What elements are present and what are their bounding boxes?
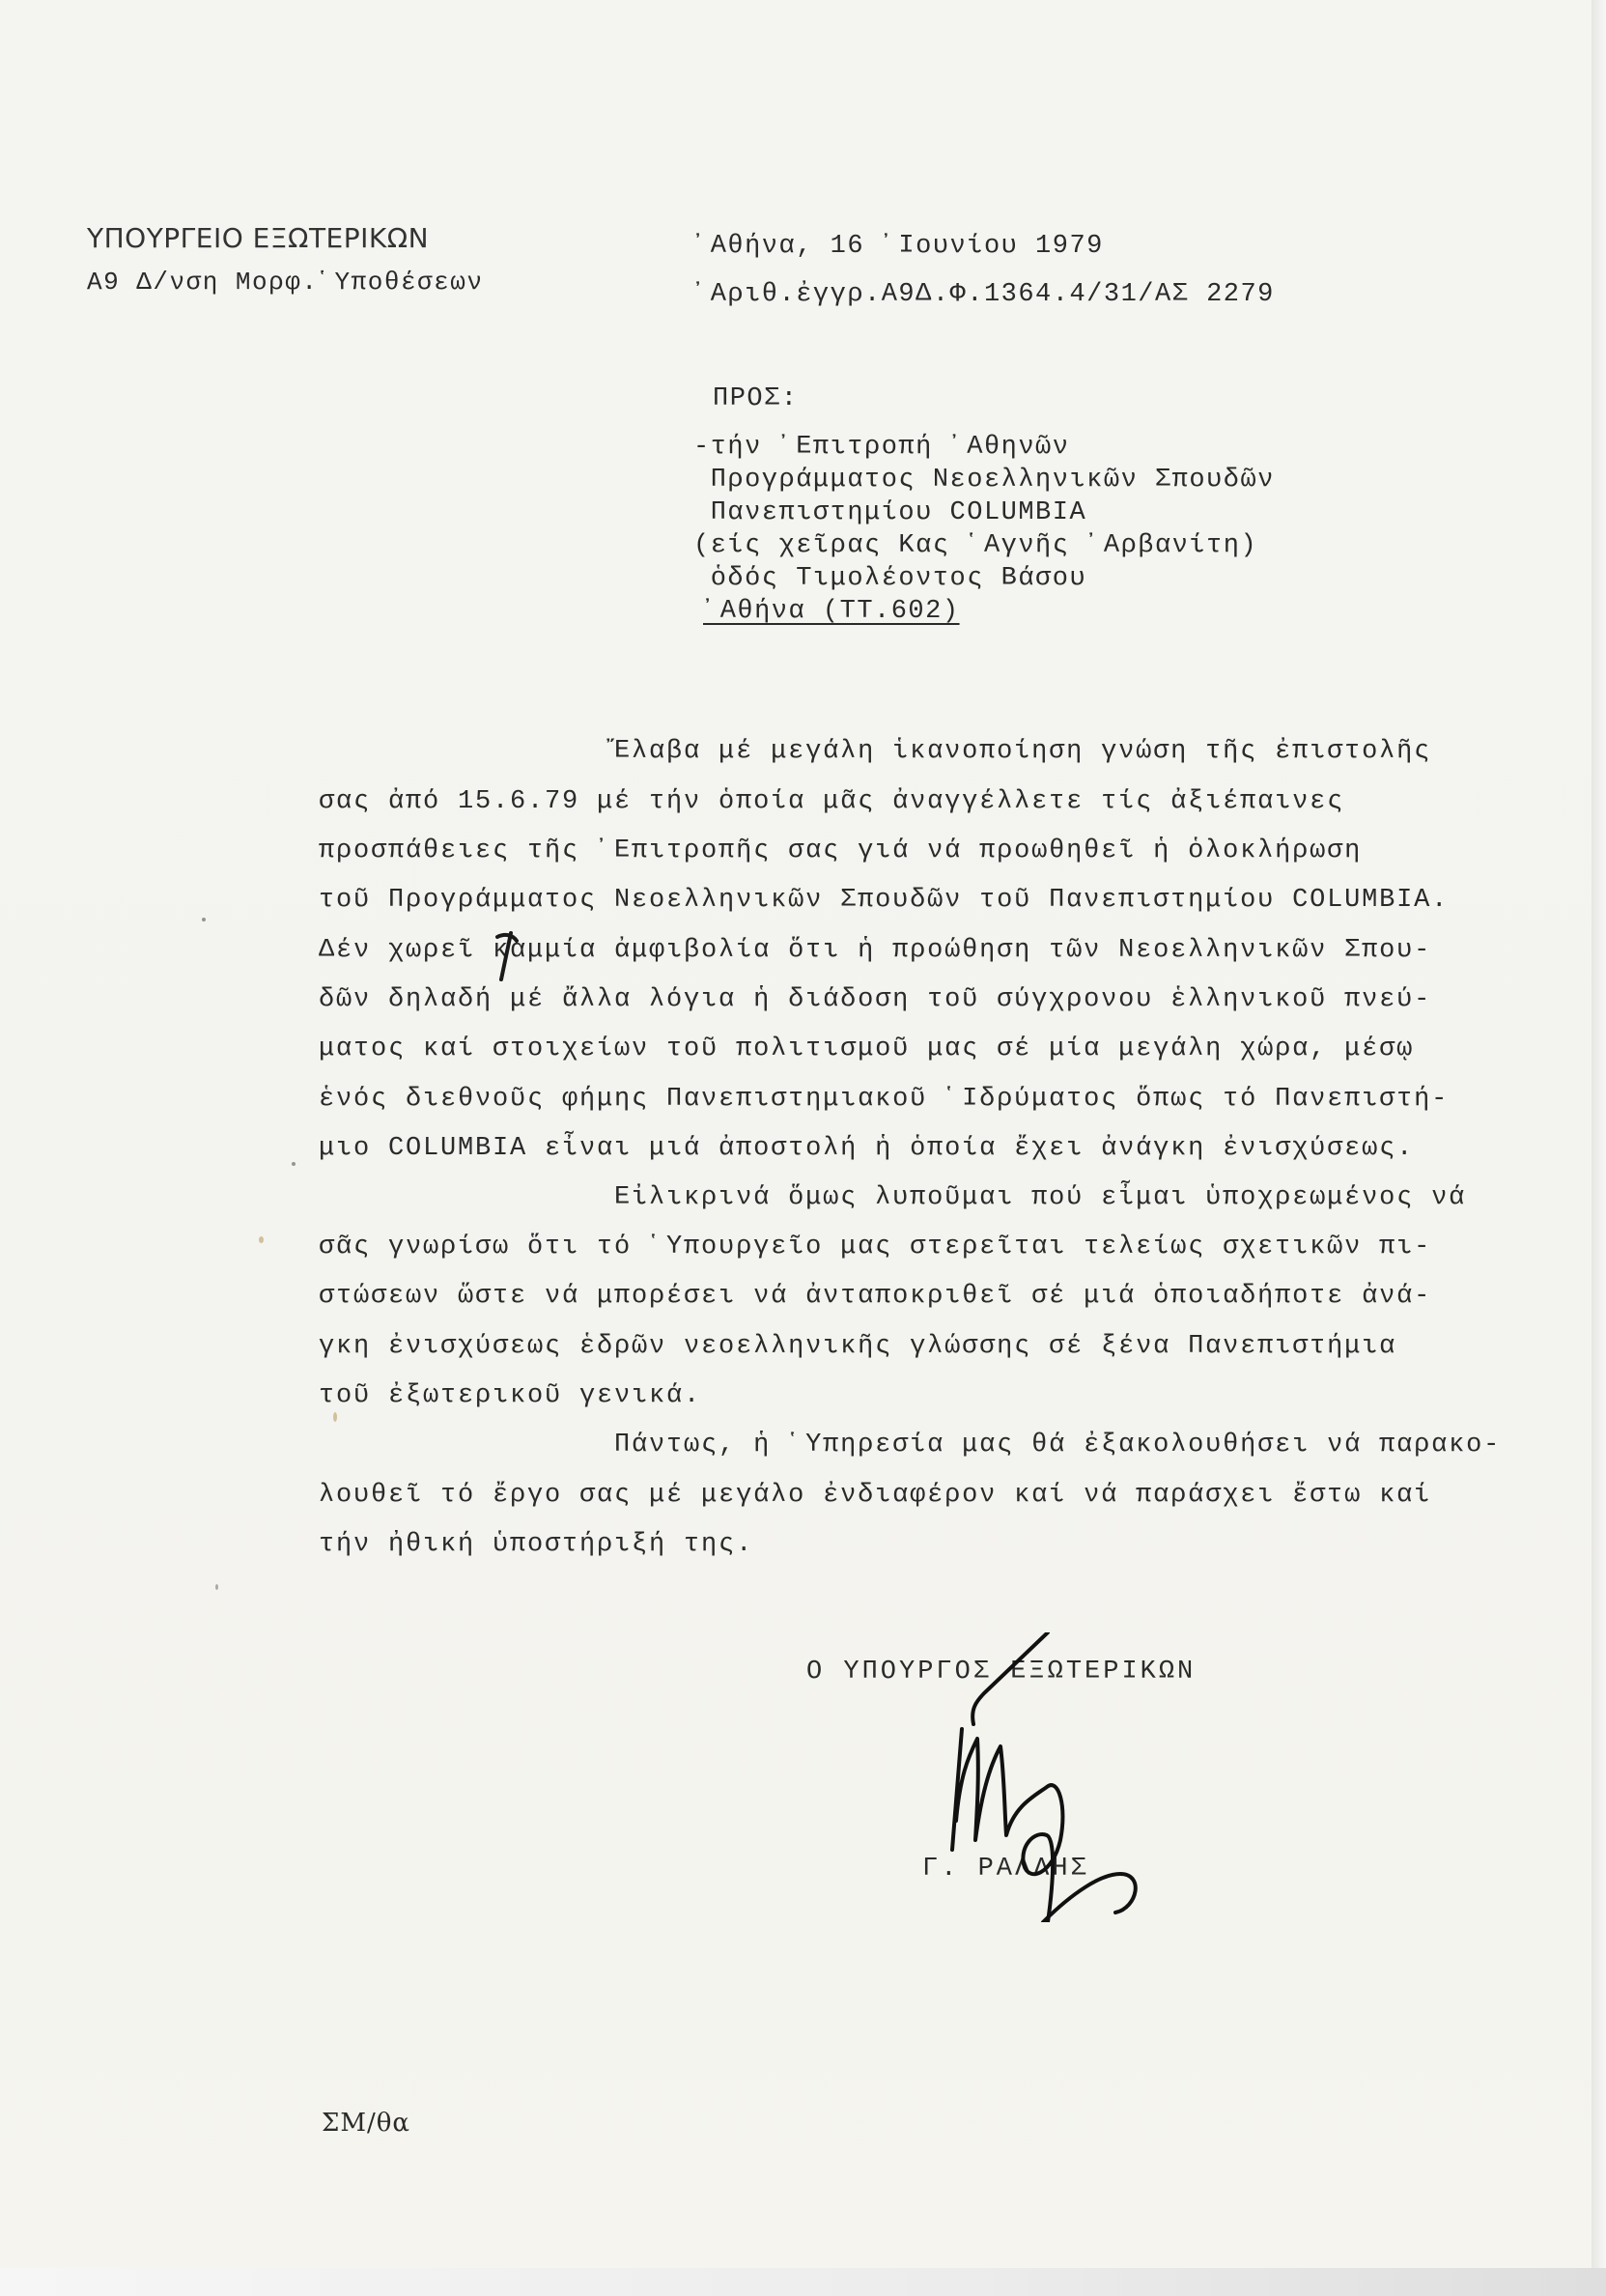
recipient-label: ΠΡΟΣ: bbox=[713, 384, 799, 413]
signature-icon bbox=[927, 1632, 1178, 1922]
body-line: Ἔλαβα μέ μεγάλη ἱκανοποίηση γνώση τῆς ἐπ… bbox=[319, 737, 1431, 766]
scan-bottom-margin bbox=[0, 2268, 1606, 2296]
scan-speck bbox=[202, 918, 206, 921]
body-line: σας ἀπό 15.6.79 μέ τήν ὁποία μᾶς ἀναγγέλ… bbox=[319, 787, 1344, 816]
typist-initials: ΣΜ/θα bbox=[322, 2109, 410, 2138]
body-line: μιο COLUMBIA εἶναι μιά ἀποστολή ἡ ὁποία … bbox=[319, 1134, 1414, 1163]
body-line: τήν ἠθική ὑποστήριξή της. bbox=[319, 1530, 753, 1559]
scan-speck bbox=[215, 1584, 218, 1590]
body-line: τοῦ ἐξωτερικοῦ γενικά. bbox=[319, 1381, 701, 1410]
body-line: λουθεῖ τό ἔργο σας μέ μεγάλο ἐνδιαφέρον … bbox=[319, 1481, 1431, 1510]
body-line: ματος καί στοιχείων τοῦ πολιτισμοῦ μας σ… bbox=[319, 1035, 1414, 1063]
reference-number: ᾿Αριθ.ἐγγρ.Α9Δ.Φ.1364.4/31/ΑΣ 2279 bbox=[693, 280, 1275, 309]
scan-speck bbox=[333, 1412, 337, 1422]
body-line: Δέν χωρεῖ καμμία ἀμφιβολία ὅτι ἡ προώθησ… bbox=[319, 936, 1431, 965]
handwritten-correction-mark bbox=[488, 927, 526, 985]
department-line: Α9 Δ/νση Μορφ.῾Υποθέσεων bbox=[87, 268, 483, 297]
place-date: ᾿Αθήνα, 16 ᾿Ιουνίου 1979 bbox=[693, 232, 1104, 261]
body-line: στώσεων ὥστε νά μπορέσει νά ἀνταποκριθεῖ… bbox=[319, 1282, 1431, 1311]
body-line: τοῦ Προγράμματος Νεοελληνικῶν Σπουδῶν το… bbox=[319, 886, 1449, 915]
recipient-city: ᾿Αθήνα (ΤΤ.602) bbox=[703, 597, 960, 626]
body-line: σᾶς γνωρίσω ὅτι τό ῾Υπουργεῖο μας στερεῖ… bbox=[319, 1233, 1431, 1261]
body-line: προσπάθειες τῆς ᾿Επιτροπῆς σας γιά νά πρ… bbox=[319, 836, 1362, 865]
recipient-line: ὁδός Τιμολέοντος Βάσου bbox=[693, 564, 1086, 593]
body-line: ἑνός διεθνοῦς φήμης Πανεπιστημιακοῦ ῾Ιδρ… bbox=[319, 1085, 1449, 1114]
body-line: γκη ἐνισχύσεως ἑδρῶν νεοελληνικῆς γλώσση… bbox=[319, 1332, 1396, 1361]
body-line: δῶν δηλαδή μέ ἄλλα λόγια ἡ διάδοση τοῦ σ… bbox=[319, 985, 1431, 1014]
recipient-line: Πανεπιστημίου COLUMBIA bbox=[693, 498, 1086, 527]
ministry-header: ΥΠΟΥΡΓΕΙΟ ΕΞΩΤΕΡΙΚΩΝ bbox=[87, 222, 429, 254]
body-line: Εἰλικρινά ὅμως λυποῦμαι πού εἶμαι ὑποχρε… bbox=[319, 1183, 1466, 1212]
scan-speck bbox=[259, 1236, 264, 1243]
letter-page: ΥΠΟΥΡΓΕΙΟ ΕΞΩΤΕΡΙΚΩΝ Α9 Δ/νση Μορφ.῾Υποθ… bbox=[0, 0, 1592, 2268]
scan-edge bbox=[1592, 0, 1606, 2296]
scan-speck bbox=[292, 1162, 296, 1166]
recipient-line: (είς χεῖρας Κας ῾Αγνῆς ᾿Αρβανίτη) bbox=[693, 531, 1257, 560]
recipient-line: -τήν ᾿Επιτροπή ᾿Αθηνῶν bbox=[693, 433, 1069, 462]
body-line: Πάντως, ἡ ῾Υπηρεσία μας θά ἐξακολουθήσει… bbox=[319, 1431, 1501, 1460]
recipient-line: Προγράμματος Νεοελληνικῶν Σπουδῶν bbox=[693, 466, 1275, 495]
